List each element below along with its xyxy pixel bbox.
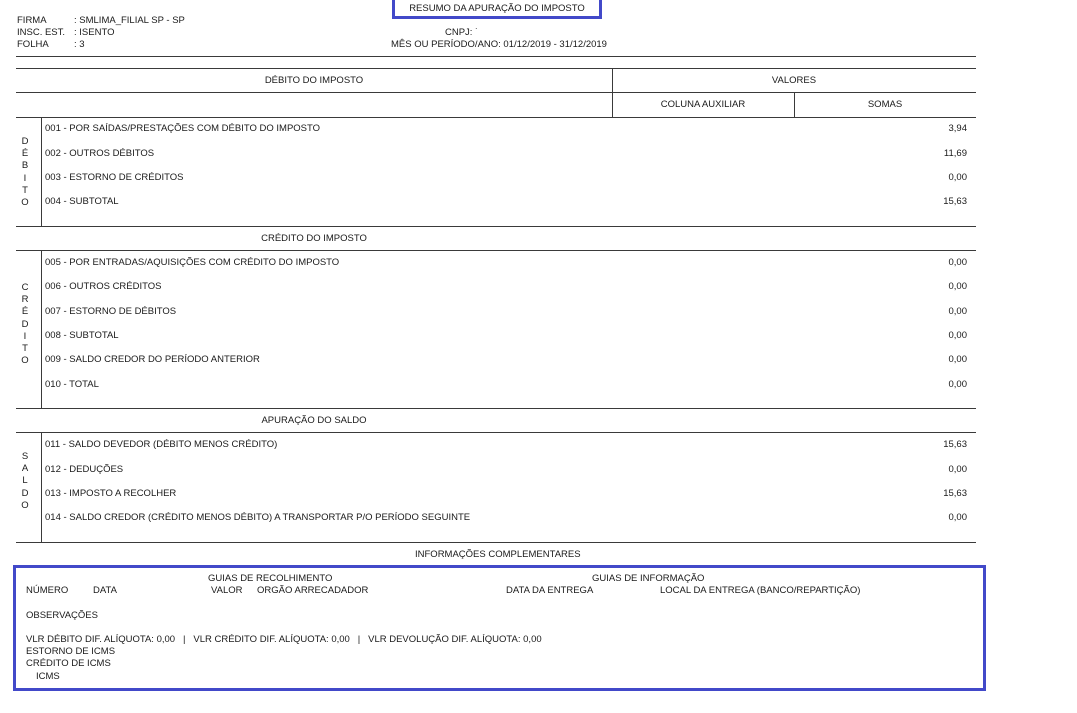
aliquotas-line: VLR DÉBITO DIF. ALÍQUOTA: 0,00 | VLR CRÉ… xyxy=(26,634,542,645)
credito-icms: CRÉDITO DE ICMS xyxy=(26,658,111,669)
complementares-title: INFORMAÇÕES COMPLEMENTARES xyxy=(415,549,581,560)
col-numero: NÚMERO xyxy=(26,585,68,596)
col-data: DATA xyxy=(93,585,117,596)
rule-table-top xyxy=(16,68,976,69)
row-005-label: 005 - POR ENTRADAS/AQUISIÇÕES COM CRÉDIT… xyxy=(45,257,339,268)
folha-value: : 3 xyxy=(74,39,85,50)
row-012-value: 0,00 xyxy=(949,464,968,475)
row-012-label: 012 - DEDUÇÕES xyxy=(45,464,123,475)
debito-side-divider xyxy=(41,117,42,226)
row-010-label: 010 - TOTAL xyxy=(45,379,99,390)
col-valor: VALOR xyxy=(211,585,243,596)
row-006-value: 0,00 xyxy=(949,281,968,292)
cnpj: CNPJ: ˙ xyxy=(445,27,478,38)
row-011-value: 15,63 xyxy=(943,439,967,450)
row-003-value: 0,00 xyxy=(949,172,968,183)
report-title-box: RESUMO DA APURAÇÃO DO IMPOSTO xyxy=(392,0,602,19)
rule-saldo-header xyxy=(16,432,976,433)
saldo-section-title: APURAÇÃO DO SALDO xyxy=(16,415,612,426)
icms-label: ICMS xyxy=(36,671,60,682)
debito-side-label: D É B I T O xyxy=(20,136,30,209)
credito-side-label: C R É D I T O xyxy=(20,282,30,367)
coluna-auxiliar-header: COLUNA AUXILIAR xyxy=(612,99,794,110)
guias-informacao-title: GUIAS DE INFORMAÇÃO xyxy=(592,573,704,584)
somas-header: SOMAS xyxy=(794,99,976,110)
row-007-value: 0,00 xyxy=(949,306,968,317)
row-010-value: 0,00 xyxy=(949,379,968,390)
row-002-label: 002 - OUTROS DÉBITOS xyxy=(45,148,154,159)
folha-label: FOLHA xyxy=(17,39,49,50)
observacoes-label: OBSERVAÇÕES xyxy=(26,610,98,621)
row-014-label: 014 - SALDO CREDOR (CRÉDITO MENOS DÉBITO… xyxy=(45,512,470,523)
saldo-side-label: S A L D O xyxy=(20,451,30,512)
row-011-label: 011 - SALDO DEVEDOR (DÉBITO MENOS CRÉDIT… xyxy=(45,439,277,450)
rule-header-mid xyxy=(16,92,976,93)
debito-section-title: DÉBITO DO IMPOSTO xyxy=(16,75,612,86)
row-007-label: 007 - ESTORNO DE DÉBITOS xyxy=(45,306,176,317)
row-005-value: 0,00 xyxy=(949,257,968,268)
row-013-value: 15,63 xyxy=(943,488,967,499)
estorno-icms: ESTORNO DE ICMS xyxy=(26,646,115,657)
row-001-value: 3,94 xyxy=(949,123,968,134)
col-local-entrega: LOCAL DA ENTREGA (BANCO/REPARTIÇÃO) xyxy=(660,585,860,596)
credito-side-divider xyxy=(41,250,42,408)
row-006-label: 006 - OUTROS CRÉDITOS xyxy=(45,281,162,292)
rule-top xyxy=(16,56,976,57)
firma-value: : SMLIMA_FILIAL SP - SP xyxy=(74,15,185,26)
rule-header-bottom xyxy=(16,117,976,118)
row-008-label: 008 - SUBTOTAL xyxy=(45,330,119,341)
row-008-value: 0,00 xyxy=(949,330,968,341)
col-data-entrega: DATA DA ENTREGA xyxy=(506,585,593,596)
complementares-box xyxy=(13,565,986,691)
col-orgao-arrecadador: ORGÃO ARRECADADOR xyxy=(257,585,368,596)
firma-label: FIRMA xyxy=(17,15,47,26)
rule-credito-header xyxy=(16,250,976,251)
row-001-label: 001 - POR SAÍDAS/PRESTAÇÕES COM DÉBITO D… xyxy=(45,123,320,134)
credito-section-title: CRÉDITO DO IMPOSTO xyxy=(16,233,612,244)
row-002-value: 11,69 xyxy=(944,148,967,159)
rule-saldo-bottom xyxy=(16,542,976,543)
row-003-label: 003 - ESTORNO DE CRÉDITOS xyxy=(45,172,184,183)
valores-header: VALORES xyxy=(612,75,976,86)
row-004-value: 15,63 xyxy=(943,196,967,207)
row-009-value: 0,00 xyxy=(949,354,968,365)
guias-recolhimento-title: GUIAS DE RECOLHIMENTO xyxy=(208,573,332,584)
insc-est-value: : ISENTO xyxy=(74,27,114,38)
row-014-value: 0,00 xyxy=(949,512,968,523)
row-013-label: 013 - IMPOSTO A RECOLHER xyxy=(45,488,176,499)
insc-est-label: INSC. EST. xyxy=(17,27,65,38)
rule-saldo-top xyxy=(16,408,976,409)
report-title: RESUMO DA APURAÇÃO DO IMPOSTO xyxy=(409,3,585,14)
saldo-side-divider xyxy=(41,432,42,542)
periodo: MÊS OU PERÍODO/ANO: 01/12/2019 - 31/12/2… xyxy=(391,39,607,50)
row-009-label: 009 - SALDO CREDOR DO PERÍODO ANTERIOR xyxy=(45,354,260,365)
rule-credito-top xyxy=(16,226,976,227)
row-004-label: 004 - SUBTOTAL xyxy=(45,196,119,207)
